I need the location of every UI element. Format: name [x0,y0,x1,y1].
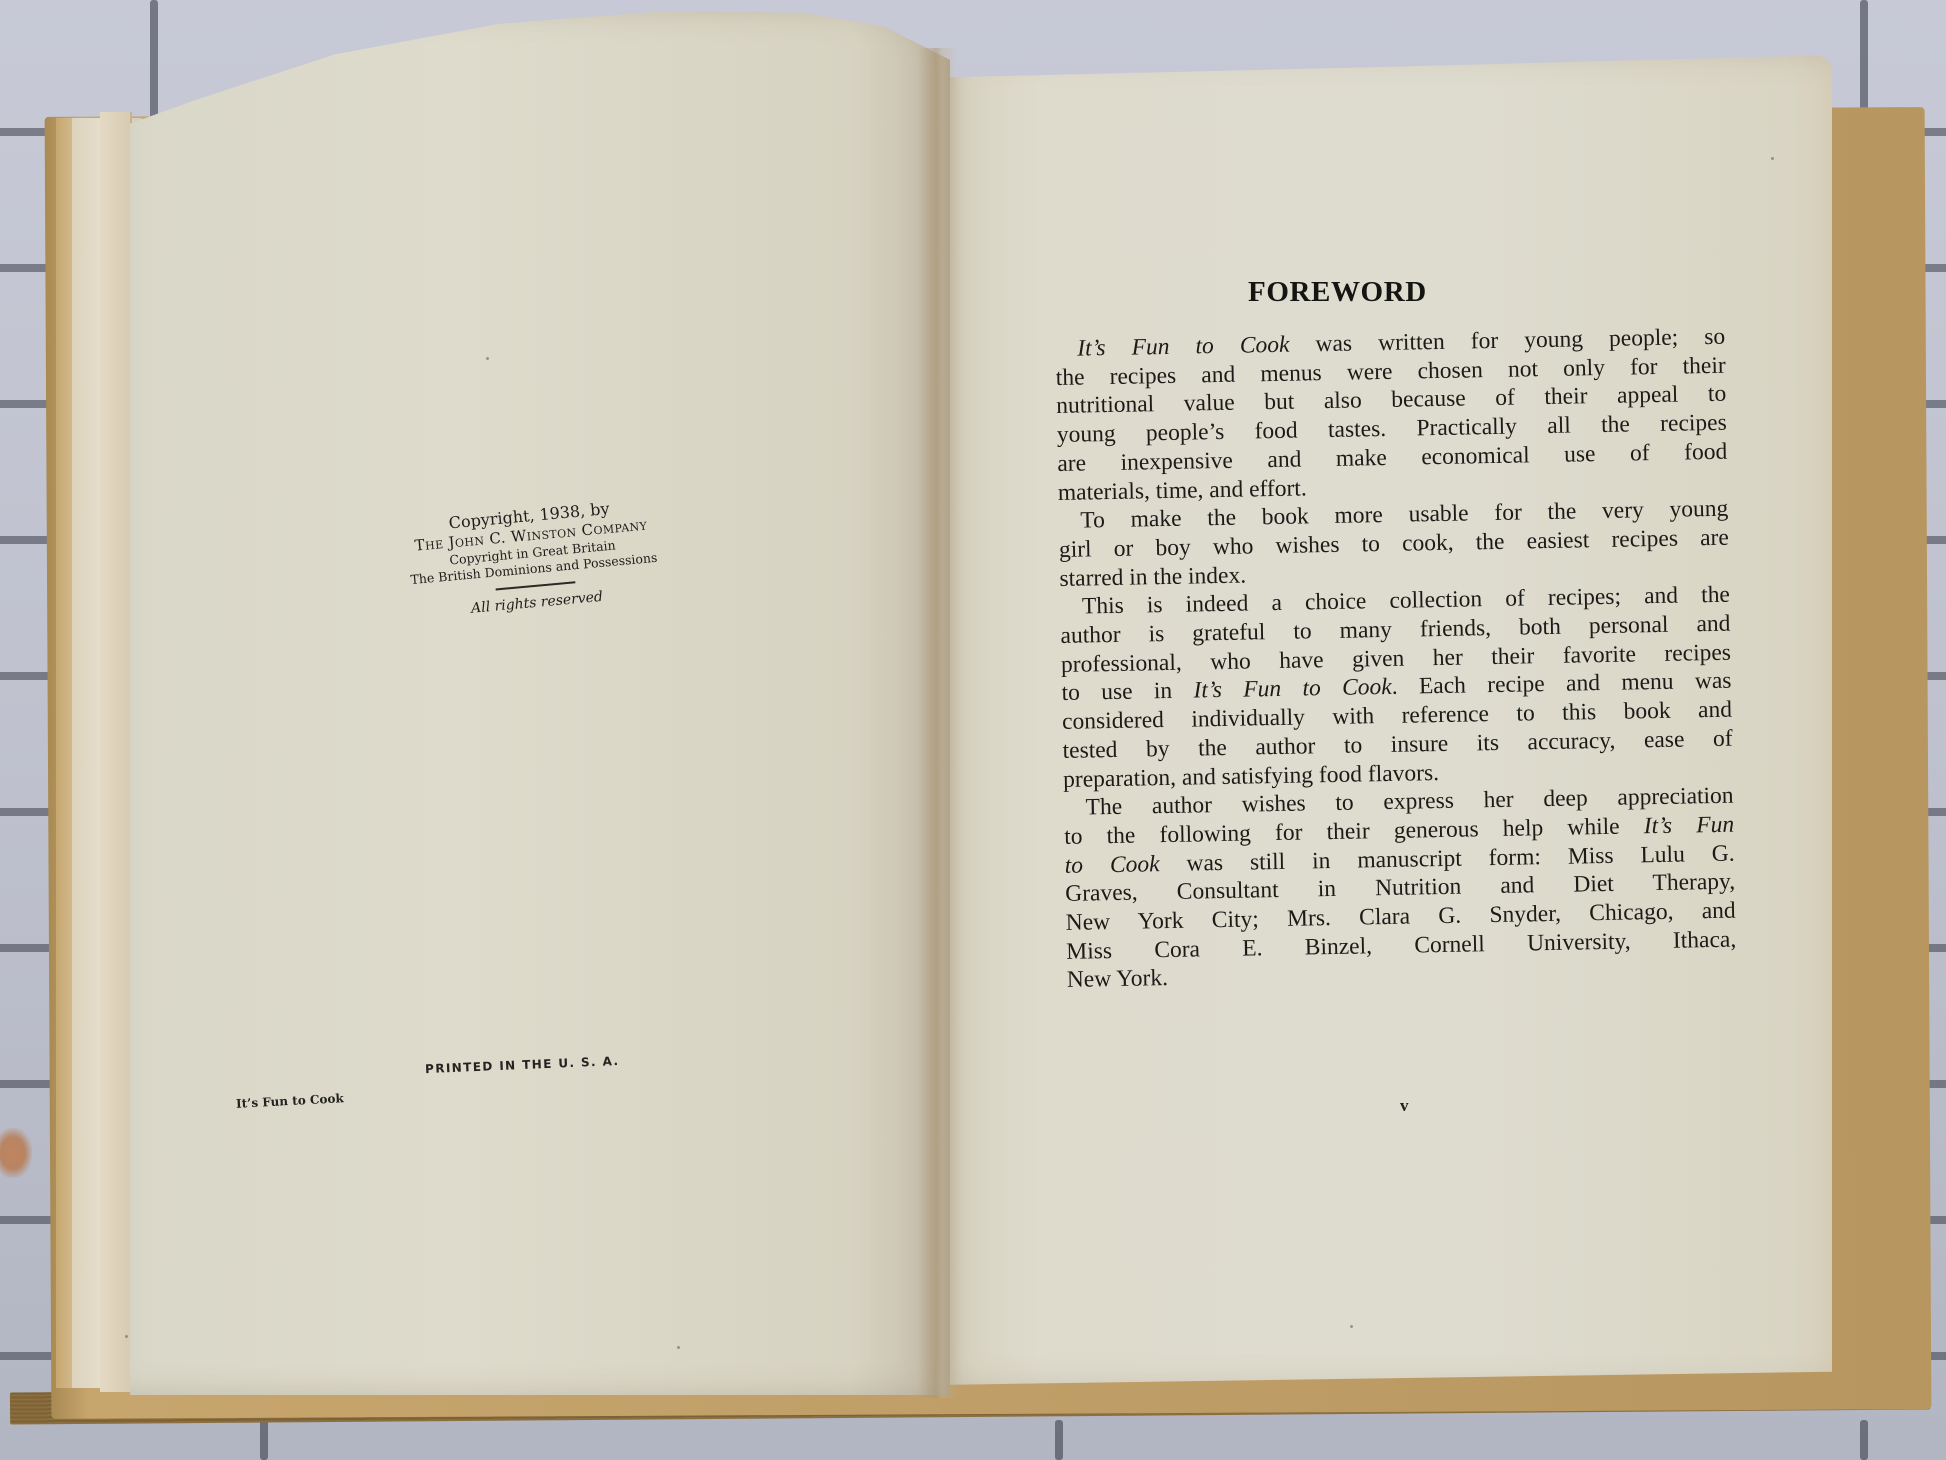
book-title-italic: It’s Fun to Cook [1193,674,1392,704]
paragraph: To make the book more usable for the ver… [1058,495,1729,593]
mortar-joint [150,0,158,128]
paragraph: This is indeed a choice collection of re… [1060,581,1734,794]
left-page [130,10,950,1395]
paper-speck [1771,157,1774,160]
book-gutter [918,48,958,1398]
paper-speck [125,1335,128,1338]
foreword-body: It’s Fun to Cook was written for young p… [1055,323,1737,995]
book-title-italic: It’s Fun to Cook [1077,332,1290,362]
paper-speck [677,1346,680,1349]
mortar-joint [1055,1420,1063,1460]
paper-speck [486,357,489,360]
text-span: to use in [1061,678,1193,706]
page-number: v [1400,1096,1409,1116]
mortar-joint [260,1420,268,1460]
paragraph: It’s Fun to Cook was written for young p… [1055,323,1728,507]
paper-speck [1350,1325,1353,1328]
book-title-italic: It’s Fun [1644,812,1735,840]
page-title: FOREWORD [1248,276,1427,309]
cover-stain [0,1128,32,1178]
mortar-joint [1860,1420,1868,1460]
paragraph: The author wishes to express her deep ap… [1063,782,1737,995]
divider-rule [496,581,576,590]
text-span: . Each recipe and menu was [1391,668,1731,700]
book-title-italic: to Cook [1064,851,1159,879]
left-endpaper [100,112,132,1392]
